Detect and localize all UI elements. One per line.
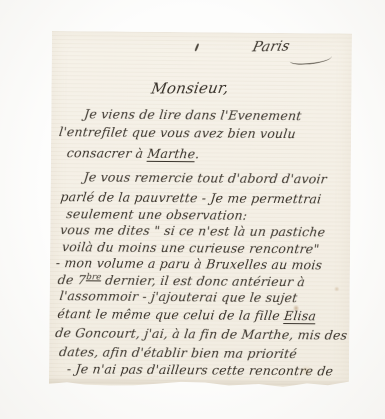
manuscript-line: de Goncourt, j'ai, à la fin de Marthe, m…: [55, 325, 349, 343]
line-text: - mon volume a paru à Bruxelles au mois: [55, 255, 323, 272]
manuscript-line: Je viens de lire dans l'Evenement: [83, 106, 302, 123]
line-text: l'entrefilet que vous avez bien voulu: [58, 124, 296, 141]
manuscript-paper: Paris Monsieur, Je viens de lire dans l'…: [49, 31, 352, 388]
manuscript-line: dates, afin d'établir bien ma priorité: [58, 344, 297, 361]
line-text: .: [195, 146, 201, 161]
torn-edge-shadow: [49, 377, 349, 386]
underlined-title-marthe: Marthe: [147, 146, 197, 161]
salutation: Monsieur,: [150, 79, 230, 98]
manuscript-line: consacrer à Marthe.: [66, 145, 200, 161]
letter-photograph: Paris Monsieur, Je viens de lire dans l'…: [0, 0, 385, 419]
foxing-stain: [334, 286, 340, 291]
line-text: étant le même que celui de la fille: [57, 306, 285, 323]
stray-ink-mark: [194, 43, 198, 51]
line-text: voilà du moins une curieuse rencontre": [61, 239, 320, 256]
line-text: Je vous remercie tout d'abord d'avoir: [83, 169, 328, 186]
line-text: l'assommoir - j'ajouterai que le sujet: [59, 288, 299, 305]
line-text: de 7: [57, 272, 87, 287]
line-text: de Goncourt, j'ai, à la fin de Marthe, m…: [55, 325, 349, 343]
line-text: dernier, il est donc antérieur à: [100, 272, 306, 289]
line-text: Je viens de lire dans l'Evenement: [83, 106, 302, 123]
manuscript-line: seulement une observation:: [66, 206, 249, 223]
line-text: seulement une observation:: [66, 206, 249, 223]
manuscript-line: étant le même que celui de la fille Elis…: [57, 306, 317, 323]
manuscript-line: l'entrefilet que vous avez bien voulu: [58, 124, 296, 141]
manuscript-line: Je vous remercie tout d'abord d'avoir: [83, 169, 328, 186]
line-text: - Je n'ai pas d'ailleurs cette rencontre…: [66, 361, 334, 378]
manuscript-line: voilà du moins une curieuse rencontre": [61, 239, 320, 256]
line-text: dates, afin d'établir bien ma priorité: [58, 344, 297, 361]
dateline-city: Paris: [251, 38, 291, 55]
manuscript-line: de 7bre dernier, il est donc antérieur à: [57, 272, 306, 289]
manuscript-line: vous me dites " si ce n'est là un pastic…: [59, 222, 326, 239]
underlined-title-elisa: Elisa: [283, 308, 317, 323]
line-text: consacrer à: [66, 145, 148, 161]
manuscript-line: - Je n'ai pas d'ailleurs cette rencontre…: [66, 361, 334, 378]
manuscript-line: l'assommoir - j'ajouterai que le sujet: [59, 288, 299, 305]
manuscript-line: - mon volume a paru à Bruxelles au mois: [55, 255, 323, 272]
superscript-septembre: bre: [86, 272, 102, 282]
foxing-stain: [293, 305, 300, 311]
pen-flourish: [290, 52, 332, 65]
foxing-stain: [299, 366, 313, 375]
manuscript-line: parlé de la pauvrette - Je me permettrai: [60, 189, 323, 206]
line-text: vous me dites " si ce n'est là un pastic…: [59, 222, 326, 239]
line-text: parlé de la pauvrette - Je me permettrai: [60, 189, 323, 206]
